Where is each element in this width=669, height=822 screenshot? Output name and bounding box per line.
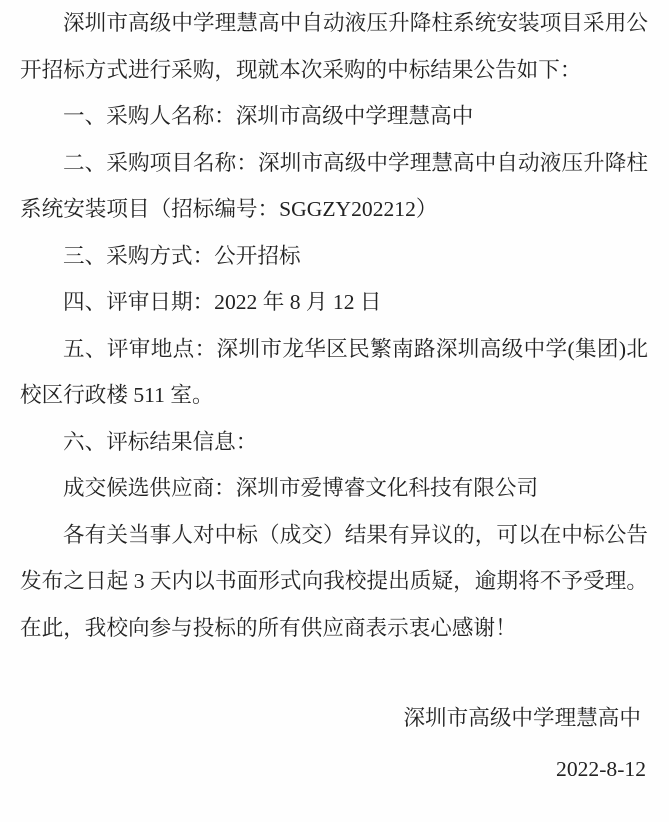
purchaser-name-item: 一、采购人名称：深圳市高级中学理慧高中 (20, 93, 648, 140)
review-date-item: 四、评审日期：2022 年 8 月 12 日 (20, 279, 648, 326)
winning-supplier-line: 成交候选供应商：深圳市爱博睿文化科技有限公司 (20, 465, 648, 512)
procurement-method-item: 三、采购方式：公开招标 (20, 233, 648, 280)
result-info-heading: 六、评标结果信息： (20, 419, 648, 466)
signature-org: 深圳市高级中学理慧高中 (403, 708, 641, 730)
intro-paragraph: 深圳市高级中学理慧高中自动液压升降柱系统安装项目采用公开招标方式进行采购，现就本… (20, 0, 648, 93)
objection-notice-paragraph: 各有关当事人对中标（成交）结果有异议的，可以在中标公告发布之日起 3 天内以书面… (20, 512, 648, 652)
announcement-document-page: 深圳市高级中学理慧高中自动液压升降柱系统安装项目采用公开招标方式进行采购，现就本… (0, 0, 669, 822)
signature-date: 2022-8-12 (556, 759, 646, 781)
review-location-item: 五、评审地点：深圳市龙华区民繁南路深圳高级中学(集团)北校区行政楼 511 室。 (20, 326, 648, 419)
project-name-item: 二、采购项目名称：深圳市高级中学理慧高中自动液压升降柱系统安装项目（招标编号：S… (20, 140, 648, 233)
announcement-body: 深圳市高级中学理慧高中自动液压升降柱系统安装项目采用公开招标方式进行采购，现就本… (0, 0, 669, 651)
